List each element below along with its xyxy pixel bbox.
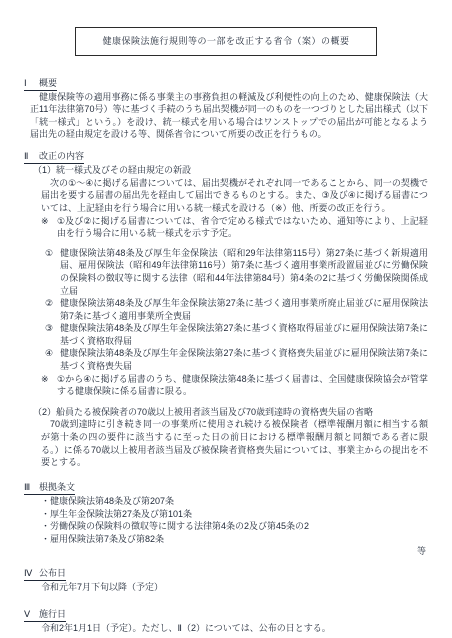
section-revision-numeral: Ⅱ (24, 150, 39, 163)
section-promulgation-heading: Ⅳ公布日 (24, 567, 428, 581)
item-number: ③ (45, 322, 60, 335)
section-revision-heading: Ⅱ改正の内容 (24, 150, 428, 164)
item-number: ② (45, 297, 60, 310)
note-text: ①及び②に掲げる届書については、省令で定める様式ではないため、通知等により、上記… (57, 215, 428, 240)
section-enforcement: Ⅴ施行日 令和2年1月1日（予定）。ただし、Ⅱ（2）については、公布の日とする。 (24, 608, 428, 635)
document-title: 健康保険法施行規則等の一部を改正する省令（案）の概要 (102, 36, 349, 46)
section-enforcement-heading: Ⅴ施行日 (24, 608, 428, 622)
legal-basis-item: ・健康保険法第48条及び第207条 (41, 495, 428, 508)
note-text: ①から④に掲げる届書のうち、健康保険法第48条に基づく届書は、全国健康保険協会が… (57, 373, 428, 398)
section-enforcement-numeral: Ⅴ (24, 608, 39, 621)
section-promulgation-title: 公布日 (39, 568, 66, 578)
list-item-1: ① 健康保険法第48条及び厚生年金保険法（昭和29年法律第115号）第27条に基… (45, 247, 428, 297)
section-promulgation: Ⅳ公布日 令和元年7月下旬以降（予定） (24, 567, 428, 594)
legal-basis-list: ・健康保険法第48条及び第207条 ・厚生年金保険法第27条及び第101条 ・労… (41, 495, 428, 545)
document-title-box: 健康保険法施行規則等の一部を改正する省令（案）の概要 (75, 27, 377, 56)
legal-basis-item: ・労働保険の保険料の徴収等に関する法律第4条の2及び第45条の2 (41, 520, 428, 533)
document-page: 健康保険法施行規則等の一部を改正する省令（案）の概要 Ⅰ概要 健康保険等の適用事… (0, 0, 452, 638)
promulgation-date: 令和元年7月下旬以降（予定） (41, 581, 428, 594)
item-text: 健康保険法第48条及び厚生年金保険法第27条に基づく適用事業所廃止届並びに雇用保… (60, 297, 428, 322)
item-number: ① (45, 247, 60, 260)
section-overview-title: 概要 (39, 78, 57, 88)
enforcement-date: 令和2年1月1日（予定）。ただし、Ⅱ（2）については、公布の日とする。 (41, 622, 428, 635)
subsection-2-label: （2）船員たる被保険者の70歳以上被用者該当届及び70歳到達時の資格喪失届の省略 (33, 406, 428, 419)
legal-basis-item: ・厚生年金保険法第27条及び第101条 (41, 508, 428, 521)
subsection-1-body: 次の①～④に掲げる届書については、届出契機がそれぞれ同一であることから、同一の契… (41, 177, 428, 215)
section-overview-body: 健康保険等の適用事務に係る事業主の事務負担の軽減及び利便性の向上のため、健康保険… (30, 91, 428, 141)
item-number: ④ (45, 347, 60, 360)
legal-basis-item: ・雇用保険法第7条及び第82条 (41, 533, 428, 546)
note-marker: ※ (41, 215, 57, 228)
note-marker: ※ (41, 373, 57, 386)
list-item-3: ③ 健康保険法第48条及び厚生年金保険法第27条に基づく資格取得届並びに雇用保険… (45, 322, 428, 347)
subsection-1-note-2: ※ ①から④に掲げる届書のうち、健康保険法第48条に基づく届書は、全国健康保険協… (41, 373, 428, 398)
section-revision-title: 改正の内容 (39, 151, 84, 161)
item-text: 健康保険法第48条及び厚生年金保険法第27条に基づく資格喪失届並びに雇用保険法第… (60, 347, 428, 372)
list-item-4: ④ 健康保険法第48条及び厚生年金保険法第27条に基づく資格喪失届並びに雇用保険… (45, 347, 428, 372)
subsection-1-label: （1）統一様式及びその経由規定の新設 (33, 164, 428, 177)
section-overview: Ⅰ概要 健康保険等の適用事務に係る事業主の事務負担の軽減及び利便性の向上のため、… (24, 77, 428, 141)
section-enforcement-title: 施行日 (39, 609, 66, 619)
section-revision: Ⅱ改正の内容 （1）統一様式及びその経由規定の新設 次の①～④に掲げる届書につい… (24, 150, 428, 469)
etc-label: 等 (24, 545, 426, 558)
subsection-1-note: ※ ①及び②に掲げる届書については、省令で定める様式ではないため、通知等により、… (41, 215, 428, 240)
section-legal-basis-title: 根拠条文 (39, 482, 75, 492)
section-overview-heading: Ⅰ概要 (24, 77, 428, 91)
list-item-2: ② 健康保険法第48条及び厚生年金保険法第27条に基づく適用事業所廃止届並びに雇… (45, 297, 428, 322)
item-text: 健康保険法第48条及び厚生年金保険法（昭和29年法律第115号）第27条に基づく… (60, 247, 428, 297)
section-promulgation-numeral: Ⅳ (24, 567, 39, 580)
section-overview-numeral: Ⅰ (24, 77, 39, 90)
section-legal-basis-heading: Ⅲ根拠条文 (24, 481, 428, 495)
subsection-2-body: 70歳到達時に引き続き同一の事業所に使用され続ける被保険者（標準報酬月額に相当す… (41, 418, 428, 468)
section-legal-basis: Ⅲ根拠条文 ・健康保険法第48条及び第207条 ・厚生年金保険法第27条及び第1… (24, 481, 428, 558)
section-legal-basis-numeral: Ⅲ (24, 481, 39, 494)
item-text: 健康保険法第48条及び厚生年金保険法第27条に基づく資格取得届並びに雇用保険法第… (60, 322, 428, 347)
numbered-items: ① 健康保険法第48条及び厚生年金保険法（昭和29年法律第115号）第27条に基… (24, 247, 428, 398)
